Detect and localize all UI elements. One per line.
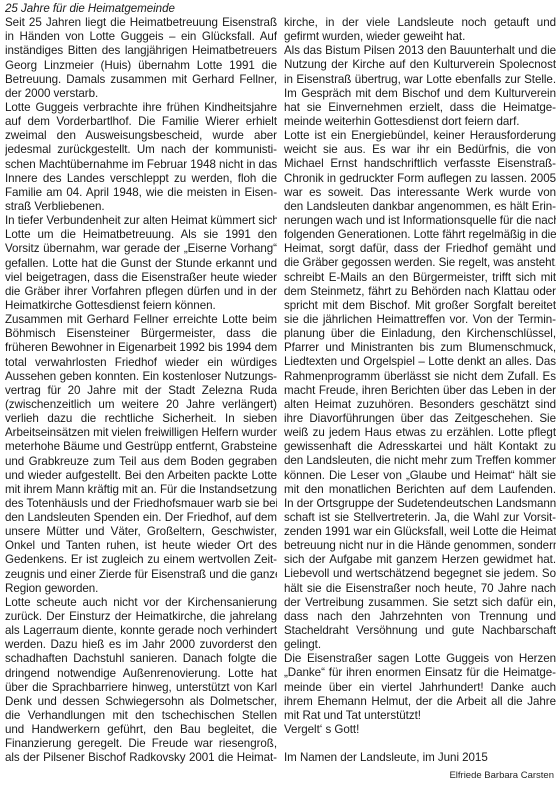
text-line: Innere des Landes verschleppt zu werden,…: [5, 172, 277, 186]
text-line: werden. Dazu hieß es im Jahr 2000 zuvord…: [5, 638, 277, 652]
text-line: hat sie Einvernehmen erzielt, dass die H…: [284, 101, 556, 115]
text-line: gewissenhaft die Adresskartei und hält K…: [284, 440, 556, 454]
text-line: Seit 25 Jahren liegt die Heimatbetreuung…: [5, 16, 277, 30]
text-line: Finanzierung geregelt. Die Freude war ri…: [5, 737, 277, 751]
text-line: macht Freude, ihren Berichten über das L…: [284, 384, 556, 398]
text-line: betreuung nicht nur in die Hände genomme…: [284, 539, 556, 553]
text-line: weiß zu jedem Haus etwas zu erzählen. Lo…: [284, 426, 556, 440]
text-line: in Eisenstraß übertrug, war Lotte ebenfa…: [284, 73, 556, 87]
text-line: unsere Mütter und Väter, Großeltern, Ges…: [5, 525, 277, 539]
text-line: Liebevoll und wertschätzend begegnet sie…: [284, 567, 556, 581]
text-line: gelingt.: [284, 638, 556, 652]
text-line: den Landsleuten, die nicht mehr zum Tref…: [284, 454, 556, 468]
text-line: Stacheldraht Versöhnung und gute Nachbar…: [284, 624, 556, 638]
text-line: sie die jährlichen Heimattreffen vor. Vo…: [284, 313, 556, 327]
author-signature: Elfriede Barbara Carsten: [449, 770, 554, 781]
text-line: Heimatkirche Gottesdienst feiern können.: [5, 299, 277, 313]
text-line: In der Ortsgruppe der Sudetendeutschen L…: [284, 497, 556, 511]
text-line: auf dem Vorderbartlhof. Die Familie Wier…: [5, 115, 277, 129]
text-line: viel beigetragen, dass die Eisenstraßer …: [5, 271, 277, 285]
text-line: inständiges Bitten des langjährigen Heim…: [5, 44, 277, 58]
text-line: kirche, in der viele Landsleute noch get…: [284, 16, 556, 30]
text-line: planung über die Einladung, den Kirchens…: [284, 327, 556, 341]
text-line: gefallen. Lotte hat die Gunst der Stunde…: [5, 257, 277, 271]
text-line: sich der Aufgabe mit ganzem Herzen gewid…: [284, 553, 556, 567]
text-line: und wieder aufgestellt. Bei den Arbeiten…: [5, 469, 277, 483]
text-line: jedesmal zurückgestellt. Um nach der kom…: [5, 143, 277, 157]
text-line: schaft ist sie Stellvertreterin. Ja, die…: [284, 511, 556, 525]
text-line: Lotte ist ein Energiebündel, keiner Hera…: [284, 129, 556, 143]
text-line: [284, 737, 556, 751]
text-line: „Danke“ für ihren enormen Einsatz für di…: [284, 666, 556, 680]
text-line: Liedtexten und Orgelspiel – Lotte denkt …: [284, 355, 556, 369]
text-line: dem Steinmetz, fährt zu Behörden nach Kl…: [284, 285, 556, 299]
text-line: Im Namen der Landsleute, im Juni 2015: [284, 751, 556, 765]
text-line: meinde über ein viertel Jahrhundert! Dan…: [284, 681, 556, 695]
text-line: ihre Diavorführungen über das Zeitgesche…: [284, 412, 556, 426]
text-line: folgenden Generationen. Lotte fährt rege…: [284, 228, 556, 242]
text-line: Denk und dessen Schwiegersohn als Dolmet…: [5, 695, 277, 709]
text-line: über die Sprachbarriere hinweg, unterstü…: [5, 681, 277, 695]
text-line: ihrem Ehemann Helmut, der die Arbeit all…: [284, 695, 556, 709]
text-line: verlieh dazu die rechtliche Sicherheit. …: [5, 412, 277, 426]
text-line: Die Eisenstraßer sagen Lotte Guggeis von…: [284, 652, 556, 666]
text-line: Als das Bistum Pilsen 2013 den Bauunterh…: [284, 44, 556, 58]
text-line: spricht mit dem Bischof. Mit großer Sorg…: [284, 299, 556, 313]
text-line: die Gräber gegossen werden. Sie regelt, …: [284, 256, 556, 270]
text-line: als Lagerraum diente, konnte gerade noch…: [5, 624, 277, 638]
right-column-body: kirche, in der viele Landsleute noch get…: [284, 16, 556, 765]
text-line: (zwischenzeitlich um weitere 20 Jahre ve…: [5, 398, 277, 412]
text-line: Gedenkens. Er ist zugleich zu einem wert…: [5, 553, 277, 567]
text-line: mit ihrem Mann kräftig mit an. Für die I…: [5, 483, 277, 497]
text-line: alten Heimat zuzuhören. Besonders geschä…: [284, 398, 556, 412]
text-line: Chronik in gedruckter Form auflegen zu l…: [284, 172, 556, 186]
text-line: meinde weiterhin Gottesdienst dort feier…: [284, 115, 556, 129]
text-line: vertrag für 20 Jahre mit der Stadt Zelez…: [5, 384, 277, 398]
text-line: Arbeitseinsätzen mit vielen freiwilligen…: [5, 426, 277, 440]
text-line: als der Pilsener Bischof Radkovsky 2001 …: [5, 751, 277, 765]
text-line: dringend notwendige Außenrenovierung. Lo…: [5, 667, 277, 681]
text-line: zurück. Der Einsturz der Heimatkirche, d…: [5, 610, 277, 624]
text-line: zweimal den Ausweisungsbescheid, wurde a…: [5, 129, 277, 143]
text-line: In tiefer Verbundenheit zur alten Heimat…: [5, 214, 277, 228]
text-line: Familie am 04. April 1948, wie die meist…: [5, 186, 277, 200]
text-line: Michael Ernst handschriftlich verfasste …: [284, 157, 556, 171]
text-line: Vergelt‘ s Gott!: [284, 723, 556, 737]
text-line: zenden 1991 war ein Glücksfall, weil Lot…: [284, 525, 556, 539]
text-line: Böhmisch Eisensteiner Bürgermeister, das…: [5, 327, 277, 341]
text-line: mit den monatlichen Berichten auf dem La…: [284, 483, 556, 497]
text-line: und Handwerkern geführt, den Bau begleit…: [5, 723, 277, 737]
text-line: total verwahrlosten Friedhof wieder ein …: [5, 356, 277, 370]
text-line: Betreuung. Damals zusammen mit Gerhard F…: [5, 73, 277, 87]
text-line: können. Die Leser von „Glaube und Heimat…: [284, 469, 556, 483]
text-line: den Landsleuten Spenden ein. Der Friedho…: [5, 511, 277, 525]
text-line: früheren Bewohner in Eigenarbeit 1992 bi…: [5, 341, 277, 355]
text-line: schadhaften Dachstuhl sanieren. Danach f…: [5, 652, 277, 666]
text-line: Aussehen geben konnten. Ein kostenloser …: [5, 370, 277, 384]
text-line: des Totenhäusls und der Friedhofsmauer w…: [5, 497, 277, 511]
text-line: Heimat, sorgt dafür, dass der Friedhof g…: [284, 242, 556, 256]
text-line: in Händen von Lotte Guggeis – ein Glücks…: [5, 30, 277, 44]
text-line: Lotte Guggeis verbrachte ihre frühen Kin…: [5, 101, 277, 115]
text-line: Nutzung der Kirche auf den Kulturverein …: [284, 58, 556, 72]
left-column-body: Seit 25 Jahren liegt die Heimatbetreuung…: [5, 16, 277, 765]
text-line: die Verhandlungen mit den tschechischen …: [5, 709, 277, 723]
text-line: meterhohe Bäume und Gestrüpp entfernt, G…: [5, 440, 277, 454]
text-line: straß Verbliebenen.: [5, 200, 277, 214]
text-line: mit Rat und Tat unterstützt!: [284, 709, 556, 723]
text-line: schreibt E-Mails an den Bürgermeister, t…: [284, 271, 556, 285]
text-line: Georg Linzmeier (Huis) übernahm Lotte 19…: [5, 59, 277, 73]
text-line: der 2000 verstarb.: [5, 87, 277, 101]
text-line: Lotte um die Heimatbetreuung. Als sie 19…: [5, 228, 277, 242]
text-line: gefirmt wurden, wieder geweiht hat.: [284, 30, 556, 44]
text-line: war es soweit. Das interessante Werk wur…: [284, 186, 556, 200]
text-line: Im Gespräch mit dem Bischof und dem Kult…: [284, 87, 556, 101]
text-line: den Landsleuten dankbar angenommen, es h…: [284, 200, 556, 214]
text-line: Rahmenprogramm überlässt sie nicht dem Z…: [284, 370, 556, 384]
text-line: dass nach den Jahrzehnten von Trennung u…: [284, 610, 556, 624]
text-line: nerungen wach und ist Informationsquelle…: [284, 214, 556, 228]
text-line: Vorsitz übernahm, war gerade der „Eisern…: [5, 242, 277, 256]
text-line: die Gräber ihrer Vorfahren pflegen dürfe…: [5, 285, 277, 299]
text-line: hält sie die Eisenstraßer noch heute, 70…: [284, 582, 556, 596]
text-line: weicht sie aus. Es war ihr ein Bedürfnis…: [284, 143, 556, 157]
text-line: Onkel und Tanten ruhen, ist heute wieder…: [5, 539, 277, 553]
article-title: 25 Jahre für die Heimatgemeinde: [5, 2, 277, 16]
text-line: Zusammen mit Gerhard Fellner erreichte L…: [5, 313, 277, 327]
right-column: kirche, in der viele Landsleute noch get…: [284, 16, 556, 765]
text-line: Region geworden.: [5, 582, 277, 596]
text-line: der Vertreibung zusammen. Sie setzt sich…: [284, 596, 556, 610]
left-column: 25 Jahre für die Heimatgemeinde Seit 25 …: [5, 2, 277, 766]
text-line: Pfarrer und Ministranten bis zum Blumens…: [284, 341, 556, 355]
text-line: Lotte scheute auch nicht vor der Kirchen…: [5, 596, 277, 610]
text-line: zeugnis und einer Zierde für Eisenstraß …: [5, 568, 277, 582]
text-line: schen Machtübernahme im Februar 1948 nic…: [5, 158, 277, 172]
text-line: und Grabkreuze zum Teil aus dem Boden ge…: [5, 455, 277, 469]
